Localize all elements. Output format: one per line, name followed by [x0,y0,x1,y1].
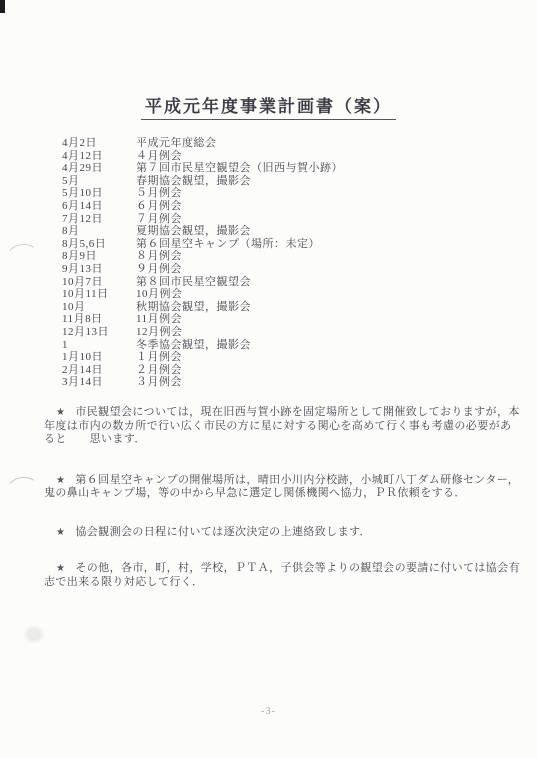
scanned-document-page: 平成元年度事業計画書（案） 4月2日平成元年度総会 4月12日４月例会 4月29… [0,0,537,758]
schedule-row: 1月10日１月例会 [62,351,343,364]
schedule-date: 7月12日 [62,213,136,226]
page-title: 平成元年度事業計画書（案） [0,92,537,117]
schedule-event: ２月例会 [136,364,182,377]
note-text: 協会観測会の日程に付いては逐次決定の上連絡致します． [75,526,371,538]
schedule-row: 2月14日２月例会 [62,364,343,377]
schedule-row: 12月13日12月例会 [62,326,343,339]
page-title-text: 平成元年度事業計画書（案） [141,97,396,120]
schedule-row: 8月9日８月例会 [62,250,343,263]
schedule-date: 3月14日 [62,376,136,389]
schedule-date: 10月 [62,301,136,314]
schedule-event: 第８回市民星空観望会 [136,276,251,289]
notes-section: ★市民観望会については，現在旧西与賀小跡を固定場所として開催致しておりますが，本… [44,406,522,616]
schedule-event: 10月例会 [136,288,183,301]
punch-hole-mark [4,242,42,274]
schedule-date: 4月29日 [62,162,136,175]
schedule-date: 10月11日 [62,288,136,301]
schedule-row: 5月春期協会観望，撮影会 [62,175,343,188]
star-icon: ★ [56,563,65,574]
note-item: ★協会観測会の日程に付いては逐次決定の上連絡致します． [44,526,522,540]
schedule-event: 第７回市民星空観望会（旧西与賀小跡） [136,162,343,175]
schedule-date: 5月10日 [62,187,136,200]
star-icon: ★ [56,407,65,418]
schedule-date: 8月9日 [62,250,136,263]
schedule-event: 11月例会 [136,313,182,326]
schedule-event: ７月例会 [136,213,182,226]
schedule-date: 11月8日 [62,313,136,326]
schedule-date: 9月13日 [62,263,136,276]
note-item: ★その他，各市，町，村，学校，ＰＴＡ，子供会等よりの観望会の要請に付いては協会有… [44,562,522,589]
schedule-event: 夏期協会観望，撮影会 [136,225,251,238]
schedule-row: 5月10日５月例会 [62,187,343,200]
schedule-event: ３月例会 [136,376,182,389]
schedule-date: 8月 [62,225,136,238]
note-text: 市民観望会については，現在旧西与賀小跡を固定場所として開催致しておりますが，本年… [44,406,520,445]
schedule-date: 6月14日 [62,200,136,213]
schedule-date: 4月2日 [62,137,136,150]
note-item: ★第６回星空キャンプの開催場所は，晴田小川内分校跡，小城町八丁ダム研修センター，… [44,474,522,501]
schedule-row: 4月29日第７回市民星空観望会（旧西与賀小跡） [62,162,343,175]
schedule-row: 4月12日４月例会 [62,150,343,163]
schedule-event: 冬季協会観望，撮影会 [136,339,251,352]
schedule-date: 8月5,6日 [62,238,136,251]
schedule-event: 12月例会 [136,326,183,339]
schedule-event: ４月例会 [136,150,182,163]
star-icon: ★ [56,527,65,538]
schedule-date: 10月7日 [62,276,136,289]
schedule-date: 5月 [62,175,136,188]
schedule-date: 4月12日 [62,150,136,163]
schedule-row: 1冬季協会観望，撮影会 [62,339,343,352]
schedule-date: 2月14日 [62,364,136,377]
schedule-date: 1 [62,339,136,352]
schedule-row: 8月夏期協会観望，撮影会 [62,225,343,238]
page-number: -3- [0,706,537,717]
note-text: その他，各市，町，村，学校，ＰＴＡ，子供会等よりの観望会の要請に付いては協会有志… [44,562,520,588]
schedule-row: 8月5,6日第６回星空キャンプ（場所：未定） [62,238,343,251]
schedule-event: １月例会 [136,351,182,364]
schedule-event: 春期協会観望，撮影会 [136,175,251,188]
schedule-date: 1月10日 [62,351,136,364]
schedule-event: ６月例会 [136,200,182,213]
note-item: ★市民観望会については，現在旧西与賀小跡を固定場所として開催致しておりますが，本… [44,406,522,447]
schedule-event: 第６回星空キャンプ（場所：未定） [136,238,320,251]
schedule-row: 11月8日11月例会 [62,313,343,326]
schedule-row: 10月11日10月例会 [62,288,343,301]
schedule-row: 6月14日６月例会 [62,200,343,213]
schedule-event: ９月例会 [136,263,182,276]
note-text: 第６回星空キャンプの開催場所は，晴田小川内分校跡，小城町八丁ダム研修センター，鬼… [44,474,519,500]
schedule-row: 4月2日平成元年度総会 [62,137,343,150]
star-icon: ★ [56,475,65,486]
schedule-row: 7月12日７月例会 [62,213,343,226]
schedule-event: 平成元年度総会 [136,137,217,150]
scan-smudge [28,630,40,639]
schedule-event: ８月例会 [136,250,182,263]
punch-hole-mark [4,475,42,507]
schedule-row: 10月秋期協会観望，撮影会 [62,301,343,314]
schedule-row: 9月13日９月例会 [62,263,343,276]
schedule-date: 12月13日 [62,326,136,339]
scan-corner-artifact [0,0,5,13]
schedule-event: ５月例会 [136,187,182,200]
event-schedule-list: 4月2日平成元年度総会 4月12日４月例会 4月29日第７回市民星空観望会（旧西… [62,137,343,389]
schedule-row: 3月14日３月例会 [62,376,343,389]
schedule-row: 10月7日第８回市民星空観望会 [62,276,343,289]
schedule-event: 秋期協会観望，撮影会 [136,301,251,314]
